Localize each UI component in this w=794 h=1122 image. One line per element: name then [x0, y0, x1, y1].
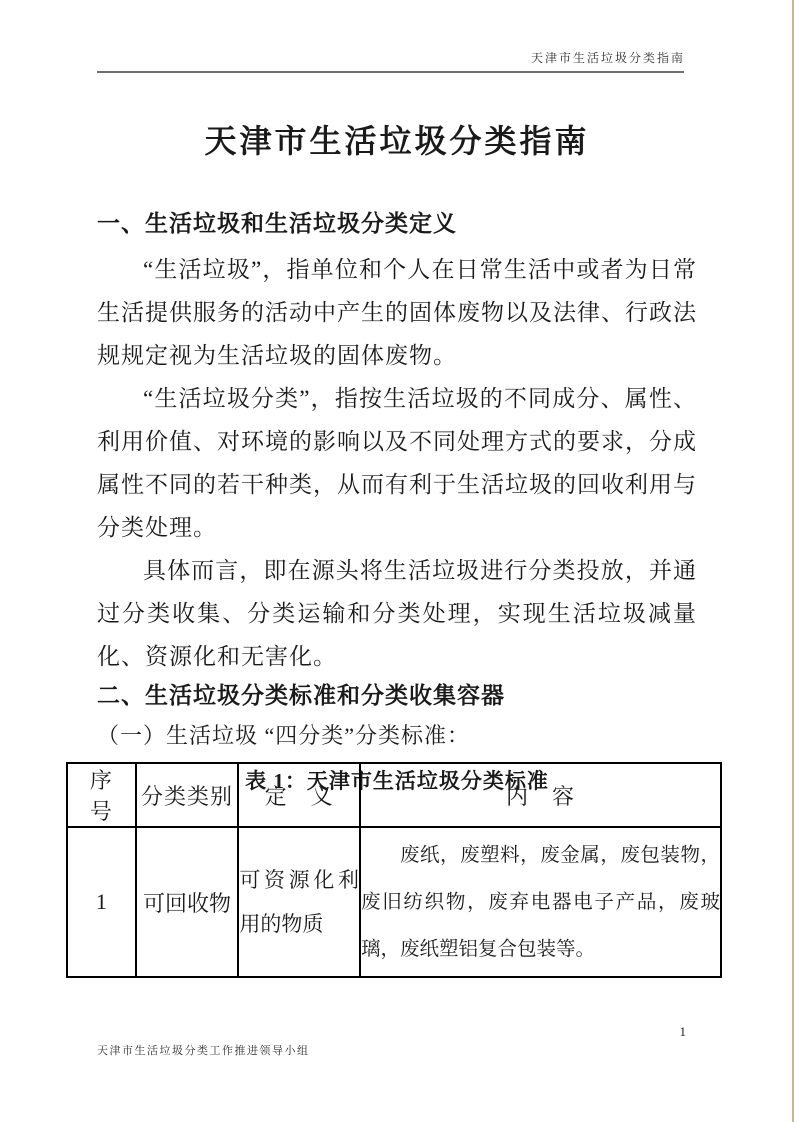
paragraph-explanation: 具体而言，即在源头将生活垃圾进行分类投放，并通过分类收集、分类运输和分类处理，实…	[97, 549, 697, 678]
header-rule	[97, 71, 684, 73]
header-cell-content: 内 容	[360, 763, 721, 827]
table-header-row: 序 号 分类类别 定 义 内 容	[67, 763, 721, 827]
section-1-heading: 一、生活垃圾和生活垃圾分类定义	[97, 206, 697, 242]
header-cell-no: 序 号	[67, 763, 136, 827]
document-body: 一、生活垃圾和生活垃圾分类定义 “生活垃圾”，指单位和个人在日常生活中或者为日常…	[97, 206, 697, 796]
header-cell-definition: 定 义	[238, 763, 360, 827]
cell-row1-definition: 可资源化利用的物质	[238, 827, 360, 977]
section-2-subheading: （一）生活垃圾 “四分类”分类标准：	[97, 718, 697, 754]
footer-text: 天津市生活垃圾分类工作推进领导小组	[97, 1042, 310, 1058]
document-page: 天津市生活垃圾分类指南 天津市生活垃圾分类指南 一、生活垃圾和生活垃圾分类定义 …	[0, 0, 794, 1122]
cell-row1-category: 可回收物	[136, 827, 239, 977]
cell-row1-no: 1	[67, 827, 136, 977]
document-title: 天津市生活垃圾分类指南	[97, 116, 697, 162]
paragraph-definition-waste: “生活垃圾”，指单位和个人在日常生活中或者为日常生活提供服务的活动中产生的固体废…	[97, 248, 697, 377]
page-header-text: 天津市生活垃圾分类指南	[531, 49, 685, 66]
page-number: 1	[680, 1024, 687, 1040]
table-row: 1 可回收物 可资源化利用的物质 废纸，废塑料，废金属，废包装物，废旧纺织物，废…	[67, 827, 721, 977]
section-2-heading: 二、生活垃圾分类标准和分类收集容器	[97, 678, 697, 714]
cell-row1-content: 废纸，废塑料，废金属，废包装物，废旧纺织物，废弃电器电子产品，废玻璃，废纸塑铝复…	[360, 827, 721, 977]
classification-table: 序 号 分类类别 定 义 内 容 1 可回收物 可资源化利用的物质 废纸，废塑料…	[66, 762, 722, 978]
classification-table-wrap: 序 号 分类类别 定 义 内 容 1 可回收物 可资源化利用的物质 废纸，废塑料…	[66, 762, 722, 978]
paragraph-definition-classification: “生活垃圾分类”，指按生活垃圾的不同成分、属性、利用价值、对环境的影响以及不同处…	[97, 377, 697, 549]
header-cell-category: 分类类别	[136, 763, 239, 827]
